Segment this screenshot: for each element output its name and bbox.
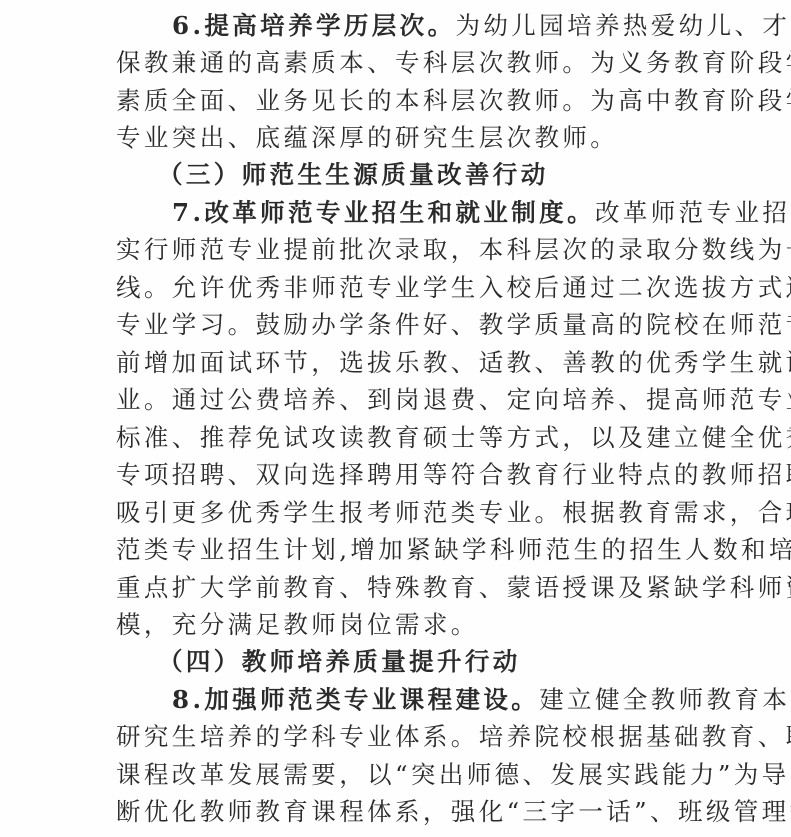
item-6-title: 6.提高培养学历层次。 [172,11,455,40]
paragraph-line: 前增加面试环节，选拔乐教、适教、善教的优秀学生就读师范专 [116,348,716,378]
section-heading-4: （四）教师培养质量提升行动 [158,647,758,677]
paragraph-line: 保教兼通的高素质本、专科层次教师。为义务教育阶段学校培养 [116,48,716,78]
item-7-title: 7.改革师范专业招生和就业制度。 [172,198,595,227]
paragraph-line: 研究生培养的学科专业体系。培养院校根据基础教育、职业教育 [116,722,716,752]
paragraph-line: 线。允许优秀非师范专业学生入校后通过二次选拔方式进入师范 [116,273,716,303]
paragraph-line: 模，充分满足教师岗位需求。 [116,610,716,640]
paragraph-line: 实行师范专业提前批次录取，本科层次的录取分数线为一本分数 [116,235,716,265]
paragraph-line: 专项招聘、双向选择聘用等符合教育行业特点的教师招聘办法， [116,460,716,490]
paragraph-7-line-1: 7.改革师范专业招生和就业制度。改革师范专业招生制度， [172,198,772,228]
paragraph-line: 课程改革发展需要，以“突出师德、发展实践能力”为导向，不 [116,760,716,790]
section-heading-3: （三）师范生生源质量改善行动 [158,160,758,190]
paragraph-line: 标准、推荐免试攻读教育硕士等方式，以及建立健全优秀师范生 [116,423,716,453]
paragraph-8-line-1: 8.加强师范类专业课程建设。建立健全教师教育本、专科和 [172,685,772,715]
paragraph-line: 专业突出、底蕴深厚的研究生层次教师。 [116,123,716,153]
paragraph-line: 吸引更多优秀学生报考师范类专业。根据教育需求，合理确定师 [116,498,716,528]
paragraph-line: 素质全面、业务见长的本科层次教师。为高中教育阶段学校培养 [116,86,716,116]
item-8-title: 8.加强师范类专业课程建设。 [172,685,539,714]
paragraph-line: 专业学习。鼓励办学条件好、教学质量高的院校在师范专业录取 [116,310,716,340]
paragraph-6-line-1: 6.提高培养学历层次。为幼儿园培养热爱幼儿、才艺齐备、 [172,11,772,41]
paragraph-line: 范类专业招生计划,增加紧缺学科师范生的招生人数和培养力度。 [116,535,716,565]
document-page: 6.提高培养学历层次。为幼儿园培养热爱幼儿、才艺齐备、 保教兼通的高素质本、专科… [0,0,791,837]
paragraph-line: 重点扩大学前教育、特殊教育、蒙语授课及紧缺学科师资培养规 [116,573,716,603]
paragraph-line: 断优化教师教育课程体系，强化“三字一话”、班级管理等教育 [116,797,716,827]
paragraph-line: 业。通过公费培养、到岗退费、定向培养、提高师范专业奖学金 [116,385,716,415]
